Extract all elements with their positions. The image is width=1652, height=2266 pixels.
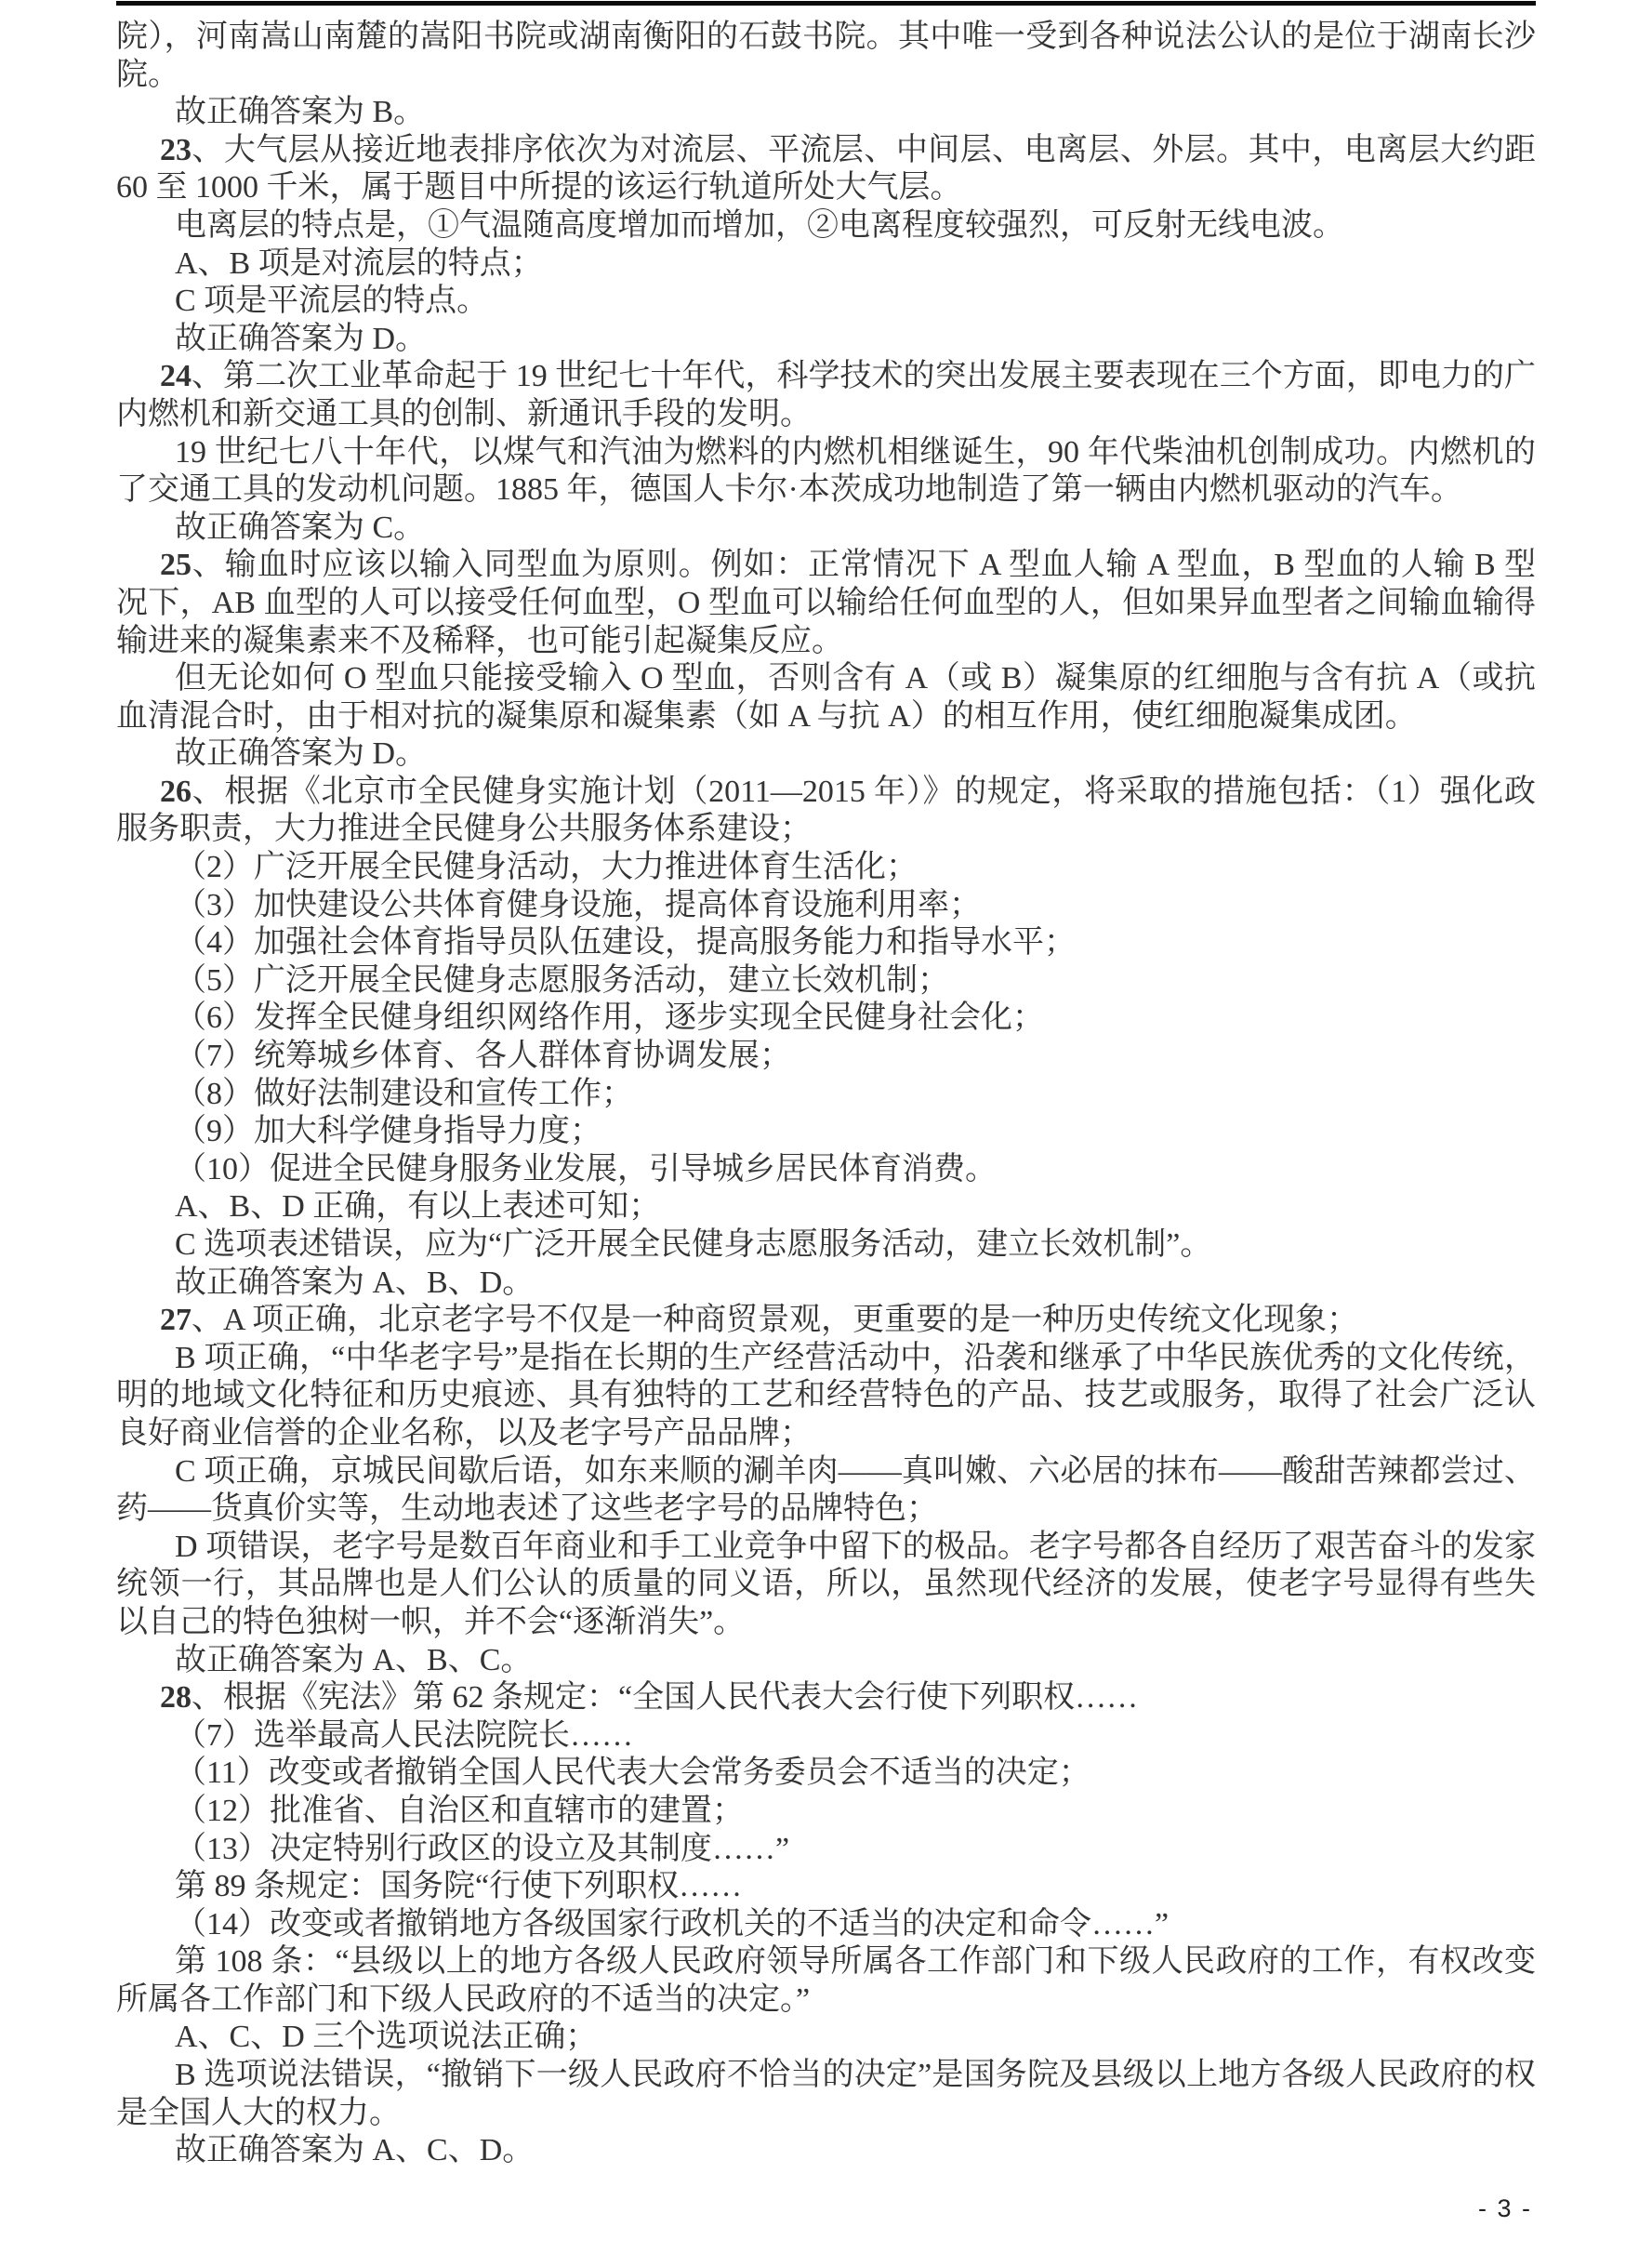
text-line: 19 世纪七八十年代，以煤气和汽油为燃料的内燃机相继诞生，90 年代柴油机创制成… — [116, 434, 1536, 472]
text-line: 但无论如何 O 型血只能接受输入 O 型血，否则含有 A（或 B）凝集原的红细胞… — [116, 660, 1536, 698]
text-line: 了交通工具的发动机问题。1885 年，德国人卡尔·本茨成功地制造了第一辆由内燃机… — [116, 471, 1536, 510]
text-line: 27、A 项正确，北京老字号不仅是一种商贸景观，更重要的是一种历史传统文化现象； — [116, 1302, 1536, 1340]
text-line: A、B、D 正确，有以上表述可知； — [116, 1188, 1536, 1226]
question-number: 23 — [160, 133, 192, 167]
text-line: 故正确答案为 C。 — [116, 510, 1536, 548]
text-line: （7）统筹城乡体育、各人群体育协调发展； — [116, 1038, 1536, 1076]
text-line: B 项正确，“中华老字号”是指在长期的生产经营活动中，沿袭和继承了中华民族优秀的… — [116, 1340, 1536, 1378]
text-line: 24、第二次工业革命起于 19 世纪七十年代，科学技术的突出发展主要表现在三个方… — [116, 358, 1536, 396]
text-line: 23、大气层从接近地表排序依次为对流层、平流层、中间层、电离层、外层。其中，电离… — [116, 132, 1536, 170]
question-number: 26 — [160, 775, 192, 809]
question-number: 25 — [160, 548, 192, 582]
text-line: 所属各工作部门和下级人民政府的不适当的决定。” — [116, 1981, 1536, 2020]
text-line: 25、输血时应该以输入同型血为原则。例如：正常情况下 A 型血人输 A 型血，B… — [116, 547, 1536, 585]
header-rule — [116, 1, 1536, 6]
text-line: （5）广泛开展全民健身志愿服务活动，建立长效机制； — [116, 962, 1536, 1000]
text-line: （11）改变或者撤销全国人民代表大会常务委员会不适当的决定； — [116, 1755, 1536, 1793]
text-line: （9）加大科学健身指导力度； — [116, 1113, 1536, 1151]
text-line: 输进来的凝集素来不及稀释，也可能引起凝集反应。 — [116, 623, 1536, 661]
text-line: （3）加快建设公共体育健身设施，提高体育设施利用率； — [116, 887, 1536, 925]
text-line: 第 108 条：“县级以上的地方各级人民政府领导所属各工作部门和下级人民政府的工… — [116, 1943, 1536, 1981]
text-line: （6）发挥全民健身组织网络作用，逐步实现全民健身社会化； — [116, 1000, 1536, 1038]
text-line: 故正确答案为 A、C、D。 — [116, 2132, 1536, 2170]
text-line: 60 至 1000 千米，属于题目中所提的该运行轨道所处大气层。 — [116, 169, 1536, 207]
text-line: （12）批准省、自治区和直辖市的建置； — [116, 1793, 1536, 1831]
text-line: （4）加强社会体育指导员队伍建设，提高服务能力和指导水平； — [116, 924, 1536, 962]
text-line: 故正确答案为 D。 — [116, 735, 1536, 774]
text-line: C 项是平流层的特点。 — [116, 283, 1536, 321]
text-line: 28、根据《宪法》第 62 条规定：“全国人民代表大会行使下列职权…… — [116, 1679, 1536, 1717]
text-line: 统领一行，其品牌也是人们公认的质量的同义语，所以，虽然现代经济的发展，使老字号显… — [116, 1566, 1536, 1604]
text-line: 况下，AB 血型的人可以接受任何血型，O 型血可以输给任何血型的人，但如果异血型… — [116, 585, 1536, 623]
text-line: 院），河南嵩山南麓的嵩阳书院或湖南衡阳的石鼓书院。其中唯一受到各种说法公认的是位… — [116, 19, 1536, 57]
question-number: 27 — [160, 1303, 192, 1337]
text-line: 电离层的特点是，①气温随高度增加而增加，②电离程度较强烈，可反射无线电波。 — [116, 207, 1536, 245]
text-line: 服务职责，大力推进全民健身公共服务体系建设； — [116, 811, 1536, 849]
document-page: 院），河南嵩山南麓的嵩阳书院或湖南衡阳的石鼓书院。其中唯一受到各种说法公认的是位… — [0, 0, 1652, 2266]
text-line: 26、根据《北京市全民健身实施计划（2011—2015 年）》的规定，将采取的措… — [116, 774, 1536, 812]
text-line: 故正确答案为 A、B、C。 — [116, 1642, 1536, 1680]
text-line: 血清混合时，由于相对抗的凝集原和凝集素（如 A 与抗 A）的相互作用，使红细胞凝… — [116, 698, 1536, 736]
text-line: 院。 — [116, 57, 1536, 95]
text-line: A、B 项是对流层的特点； — [116, 245, 1536, 284]
page-body: 院），河南嵩山南麓的嵩阳书院或湖南衡阳的石鼓书院。其中唯一受到各种说法公认的是位… — [116, 19, 1536, 2170]
text-line: （2）广泛开展全民健身活动，大力推进体育生活化； — [116, 849, 1536, 887]
text-line: 故正确答案为 A、B、D。 — [116, 1265, 1536, 1303]
text-line: （13）决定特别行政区的设立及其制度……” — [116, 1831, 1536, 1869]
text-line: （8）做好法制建设和宣传工作； — [116, 1076, 1536, 1114]
text-line: A、C、D 三个选项说法正确； — [116, 2019, 1536, 2057]
text-line: B 选项说法错误，“撤销下一级人民政府不恰当的决定”是国务院及县级以上地方各级人… — [116, 2057, 1536, 2095]
text-line: 故正确答案为 B。 — [116, 94, 1536, 132]
text-line: （10）促进全民健身服务业发展，引导城乡居民体育消费。 — [116, 1151, 1536, 1189]
text-line: 内燃机和新交通工具的创制、新通讯手段的发明。 — [116, 396, 1536, 434]
text-line: D 项错误，老字号是数百年商业和手工业竞争中留下的极品。老字号都各自经历了艰苦奋… — [116, 1529, 1536, 1567]
text-line: 以自己的特色独树一帜，并不会“逐渐消失”。 — [116, 1604, 1536, 1642]
text-line: C 项正确，京城民间歇后语，如东来顺的涮羊肉——真叫嫩、六必居的抹布——酸甜苦辣… — [116, 1453, 1536, 1491]
question-number: 28 — [160, 1680, 192, 1715]
text-line: 良好商业信誉的企业名称，以及老字号产品品牌； — [116, 1415, 1536, 1453]
question-number: 24 — [160, 359, 192, 393]
text-line: （7）选举最高人民法院院长…… — [116, 1717, 1536, 1756]
page-number: - 3 - — [1478, 2194, 1532, 2223]
text-line: 明的地域文化特征和历史痕迹、具有独特的工艺和经营特色的产品、技艺或服务，取得了社… — [116, 1377, 1536, 1415]
text-line: 药——货真价实等，生动地表述了这些老字号的品牌特色； — [116, 1491, 1536, 1529]
text-line: C 选项表述错误，应为“广泛开展全民健身志愿服务活动，建立长效机制”。 — [116, 1226, 1536, 1265]
text-line: 故正确答案为 D。 — [116, 321, 1536, 359]
text-line: （14）改变或者撤销地方各级国家行政机关的不适当的决定和命令……” — [116, 1906, 1536, 1944]
text-line: 是全国人大的权力。 — [116, 2095, 1536, 2133]
text-line: 第 89 条规定：国务院“行使下列职权…… — [116, 1868, 1536, 1906]
